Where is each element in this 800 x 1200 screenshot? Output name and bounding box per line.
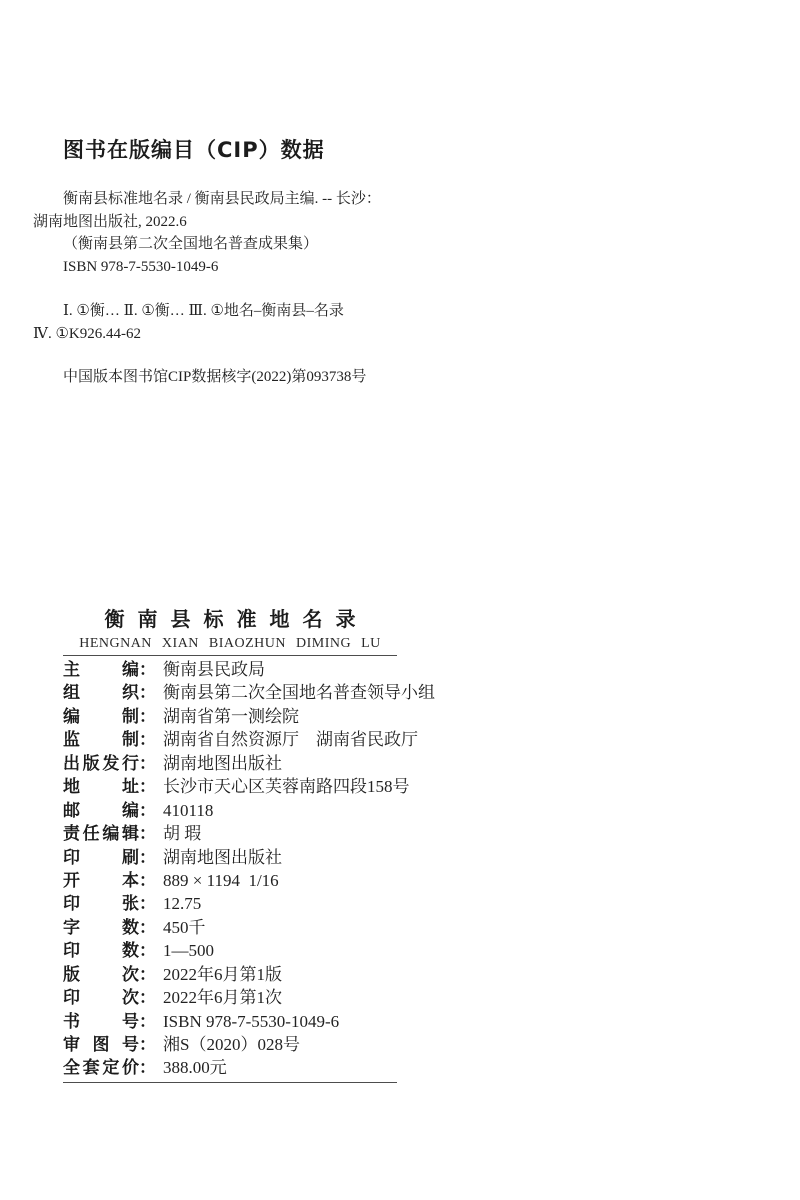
colophon-row: 书号：ISBN 978-7-5530-1049-6 <box>63 1010 397 1033</box>
colophon-row: 全套定价：388.00元 <box>63 1056 397 1079</box>
colophon-value: 1—500 <box>163 939 214 962</box>
colophon-separator: ： <box>139 729 156 752</box>
colophon-value: 12.75 <box>163 892 201 915</box>
colophon-value: 衡南县第二次全国地名普查领导小组 <box>163 681 435 704</box>
colophon-label: 审图号 <box>63 1034 139 1057</box>
cip-heading: 图书在版编目（CIP）数据 <box>63 134 325 164</box>
book-title-pinyin: HENGNAN XIAN BIAOZHUN DIMING LU <box>63 636 397 652</box>
colophon-separator: ： <box>139 682 156 705</box>
colophon-separator: ： <box>139 940 156 963</box>
colophon-value: 湖南地图出版社 <box>163 846 282 869</box>
colophon-separator: ： <box>139 847 156 870</box>
cip-paragraph-line: 衡南县标准地名录 / 衡南县民政局主编. -- 长沙： <box>33 188 453 211</box>
colophon-row: 开本：889 × 1194 1/16 <box>63 869 397 892</box>
colophon-value: 胡 瑕 <box>163 822 201 845</box>
colophon-separator: ： <box>139 964 156 987</box>
cip-classification: Ⅰ. ①衡… Ⅱ. ①衡… Ⅲ. ①地名–衡南县–名录 Ⅳ. ①K926.44-… <box>33 300 453 345</box>
colophon-table: 主编：衡南县民政局 组织：衡南县第二次全国地名普查领导小组 编制：湖南省第一测绘… <box>63 655 397 1083</box>
colophon-row: 印数：1—500 <box>63 939 397 962</box>
colophon-label: 全套定价 <box>63 1057 139 1080</box>
colophon-separator: ： <box>139 1057 156 1080</box>
colophon-separator: ： <box>139 987 156 1010</box>
colophon-separator: ： <box>139 776 156 799</box>
cip-paragraph-line: 湖南地图出版社, 2022.6 <box>33 211 453 234</box>
colophon-separator: ： <box>139 1011 156 1034</box>
book-title: 衡南县标准地名录 <box>63 603 397 632</box>
colophon-label: 责任编辑 <box>63 823 139 846</box>
colophon-row: 监制：湖南省自然资源厅 湖南省民政厅 <box>63 728 397 751</box>
colophon-value: 450千 <box>163 916 206 939</box>
cip-classification-line: Ⅰ. ①衡… Ⅱ. ①衡… Ⅲ. ①地名–衡南县–名录 <box>33 300 453 323</box>
colophon-label: 组织 <box>63 682 139 705</box>
colophon-row: 出版发行：湖南地图出版社 <box>63 752 397 775</box>
colophon-label: 印次 <box>63 987 139 1010</box>
colophon-label: 主编 <box>63 659 139 682</box>
cip-record-number: 中国版本图书馆CIP数据核字(2022)第093738号 <box>33 366 453 389</box>
colophon-separator: ： <box>139 659 156 682</box>
colophon-row: 印次：2022年6月第1次 <box>63 986 397 1009</box>
colophon-value: 2022年6月第1次 <box>163 986 282 1009</box>
book-copyright-page: 图书在版编目（CIP）数据 衡南县标准地名录 / 衡南县民政局主编. -- 长沙… <box>0 0 800 1200</box>
colophon-value: 湖南省第一测绘院 <box>163 705 299 728</box>
colophon-separator: ： <box>139 753 156 776</box>
colophon-row: 编制：湖南省第一测绘院 <box>63 705 397 728</box>
colophon-row: 字数：450千 <box>63 916 397 939</box>
colophon-separator: ： <box>139 800 156 823</box>
colophon-value: ISBN 978-7-5530-1049-6 <box>163 1010 339 1033</box>
colophon-separator: ： <box>139 823 156 846</box>
colophon-value: 湖南省自然资源厅 湖南省民政厅 <box>163 728 418 751</box>
colophon-row: 印张：12.75 <box>63 892 397 915</box>
colophon-label: 书号 <box>63 1011 139 1034</box>
cip-classification-line: Ⅳ. ①K926.44-62 <box>33 323 453 346</box>
colophon-row: 版次：2022年6月第1版 <box>63 963 397 986</box>
colophon-value: 湘S（2020）028号 <box>163 1033 300 1056</box>
colophon-value: 889 × 1194 1/16 <box>163 869 279 892</box>
colophon-row: 组织：衡南县第二次全国地名普查领导小组 <box>63 681 397 704</box>
colophon-value: 410118 <box>163 799 213 822</box>
cip-paragraph: 衡南县标准地名录 / 衡南县民政局主编. -- 长沙： 湖南地图出版社, 202… <box>33 188 453 278</box>
colophon-row: 邮编：410118 <box>63 799 397 822</box>
colophon-value: 长沙市天心区芙蓉南路四段158号 <box>163 775 410 798</box>
colophon-separator: ： <box>139 893 156 916</box>
colophon-separator: ： <box>139 1034 156 1057</box>
colophon-row: 主编：衡南县民政局 <box>63 658 397 681</box>
colophon-separator: ： <box>139 870 156 893</box>
colophon-label: 编制 <box>63 706 139 729</box>
colophon-value: 衡南县民政局 <box>163 658 265 681</box>
colophon-row: 印刷：湖南地图出版社 <box>63 846 397 869</box>
colophon-label: 出版发行 <box>63 753 139 776</box>
colophon-label: 字数 <box>63 917 139 940</box>
colophon-row: 责任编辑：胡 瑕 <box>63 822 397 845</box>
colophon-label: 监制 <box>63 729 139 752</box>
colophon-label: 地址 <box>63 776 139 799</box>
colophon-row: 地址：长沙市天心区芙蓉南路四段158号 <box>63 775 397 798</box>
title-block: 衡南县标准地名录 HENGNAN XIAN BIAOZHUN DIMING LU <box>63 603 397 652</box>
colophon-label: 印张 <box>63 893 139 916</box>
colophon-value: 388.00元 <box>163 1056 227 1079</box>
colophon-label: 版次 <box>63 964 139 987</box>
colophon-separator: ： <box>139 917 156 940</box>
cip-paragraph-line: （衡南县第二次全国地名普查成果集） <box>33 233 453 256</box>
colophon-label: 开本 <box>63 870 139 893</box>
cip-data-block: 衡南县标准地名录 / 衡南县民政局主编. -- 长沙： 湖南地图出版社, 202… <box>33 188 453 389</box>
colophon-label: 印数 <box>63 940 139 963</box>
cip-paragraph-line: ISBN 978-7-5530-1049-6 <box>33 256 453 279</box>
colophon-value: 2022年6月第1版 <box>163 963 282 986</box>
colophon-value: 湖南地图出版社 <box>163 752 282 775</box>
colophon-label: 印刷 <box>63 847 139 870</box>
colophon-label: 邮编 <box>63 800 139 823</box>
colophon-separator: ： <box>139 706 156 729</box>
colophon-row: 审图号：湘S（2020）028号 <box>63 1033 397 1056</box>
